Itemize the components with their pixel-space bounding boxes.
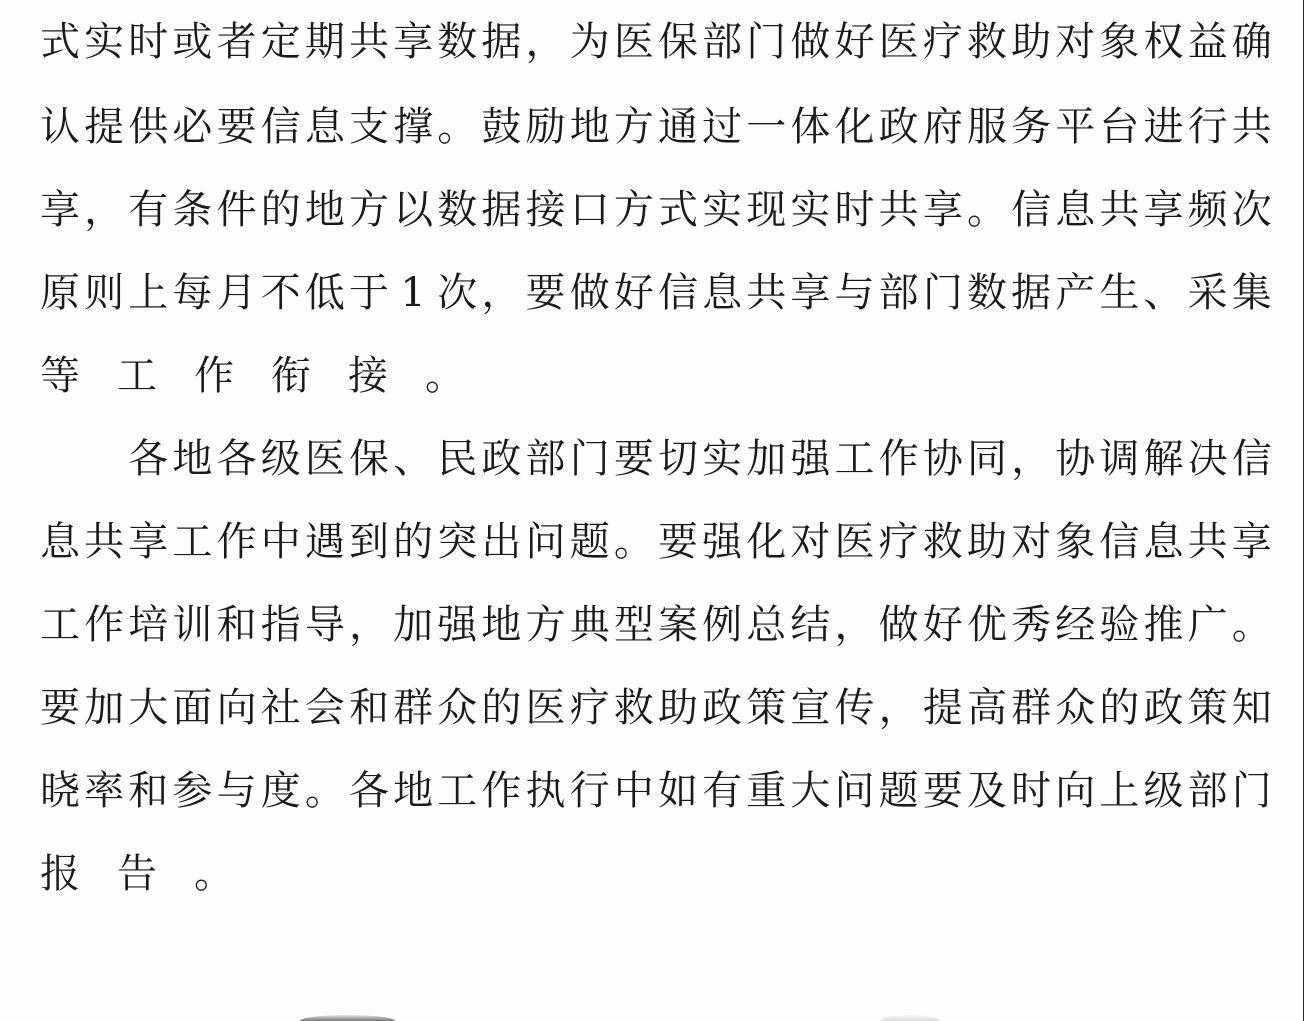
text-line: 式实时或者定期共享数据，为医保部门做好医疗救助对象权益确 <box>40 0 1272 83</box>
text-char: 作 <box>217 522 257 562</box>
text-char: 医 <box>835 522 875 562</box>
text-char: 知 <box>1232 688 1272 728</box>
text-char: 突 <box>437 522 477 562</box>
text-char: 息 <box>305 107 345 147</box>
text-char: 强 <box>437 605 477 645</box>
text-char: 做 <box>790 22 830 62</box>
text-line: 晓率和参与度。各地工作执行中如有重大问题要及时向上级部门 <box>40 749 1272 832</box>
text-char: 一 <box>746 107 786 147</box>
text-char: 行 <box>1188 107 1228 147</box>
text-char: 享 <box>790 273 830 313</box>
text-char: 验 <box>1099 605 1139 645</box>
text-char: 享 <box>128 522 168 562</box>
text-char: 晓 <box>40 771 80 811</box>
text-char: 作 <box>194 356 234 396</box>
text-char: 体 <box>790 107 830 147</box>
text-char: 同 <box>967 439 1007 479</box>
text-char: 对 <box>790 522 830 562</box>
text-char: 益 <box>1188 22 1228 62</box>
text-char: 中 <box>614 771 654 811</box>
text-char: 的 <box>481 688 521 728</box>
text-char: 重 <box>746 771 786 811</box>
text-char: 广 <box>1188 605 1228 645</box>
text-char: 面 <box>172 688 212 728</box>
seal-stamp-fragment <box>300 1015 395 1021</box>
text-char: 采 <box>1188 273 1228 313</box>
text-char: 和 <box>128 771 168 811</box>
text-char: 集 <box>1232 273 1272 313</box>
text-char: 享 <box>1144 190 1184 230</box>
text-char: 、 <box>393 439 433 479</box>
text-char: 保 <box>658 22 698 62</box>
text-char: 协 <box>1055 439 1095 479</box>
text-char: 出 <box>481 522 521 562</box>
text-char: 题 <box>570 522 610 562</box>
text-char: 共 <box>879 190 919 230</box>
text-char: 次 <box>437 273 477 313</box>
text-char: 工 <box>172 522 212 562</box>
text-char: 信 <box>1232 439 1272 479</box>
text-char: 要 <box>658 522 698 562</box>
text-char: 总 <box>746 605 786 645</box>
text-char: 享 <box>40 190 80 230</box>
text-char: ， <box>1011 439 1051 479</box>
text-line: 认提供必要信息支撑。鼓励地方通过一体化政府服务平台进行共 <box>40 85 1272 168</box>
text-char: 享 <box>1232 522 1272 562</box>
text-char: 。 <box>967 190 1007 230</box>
text-char: 要 <box>526 273 566 313</box>
text-char: 做 <box>570 273 610 313</box>
text-char: 部 <box>1188 771 1228 811</box>
text-char: 宣 <box>790 688 830 728</box>
text-char: 及 <box>967 771 1007 811</box>
text-char: 实 <box>702 439 742 479</box>
text-char: 信 <box>1011 190 1051 230</box>
text-char: 息 <box>702 273 742 313</box>
text-char: 方 <box>614 190 654 230</box>
text-char: 工 <box>835 439 875 479</box>
text-char: 众 <box>1055 688 1095 728</box>
text-char: 指 <box>261 605 301 645</box>
text-char: 传 <box>835 688 875 728</box>
text-char: ， <box>879 688 919 728</box>
text-char: 部 <box>526 439 566 479</box>
text-line: 原则上每月不低于1次，要做好信息共享与部门数据产生、采集 <box>40 251 1272 334</box>
text-char: 群 <box>1011 688 1051 728</box>
text-char: 上 <box>128 273 168 313</box>
text-char: 秀 <box>1011 605 1051 645</box>
text-char: 象 <box>1099 22 1139 62</box>
text-char: ， <box>481 273 521 313</box>
text-char: 参 <box>172 771 212 811</box>
text-char: 和 <box>349 688 389 728</box>
text-char: 地 <box>570 107 610 147</box>
text-char: 疗 <box>879 522 919 562</box>
text-char: 1 <box>393 273 433 313</box>
text-char: 方 <box>349 190 389 230</box>
text-char: 式 <box>40 22 80 62</box>
document-page: 式实时或者定期共享数据，为医保部门做好医疗救助对象权益确 认提供必要信息支撑。鼓… <box>0 0 1305 1021</box>
text-char: 门 <box>1232 771 1272 811</box>
text-char: 题 <box>879 771 919 811</box>
text-char: 导 <box>305 605 345 645</box>
text-char: 信 <box>261 107 301 147</box>
text-char: 如 <box>658 771 698 811</box>
text-char: 共 <box>746 273 786 313</box>
text-char: 数 <box>437 22 477 62</box>
text-char: 共 <box>349 22 389 62</box>
text-char: 提 <box>84 107 124 147</box>
text-char: 会 <box>305 688 345 728</box>
text-char: 原 <box>40 273 80 313</box>
text-char: 门 <box>570 439 610 479</box>
text-char: 息 <box>1144 522 1184 562</box>
text-char: 共 <box>84 522 124 562</box>
text-char: 解 <box>1144 439 1184 479</box>
text-char: 支 <box>349 107 389 147</box>
text-char: 协 <box>923 439 963 479</box>
text-char: 地 <box>481 605 521 645</box>
text-char: 度 <box>261 771 301 811</box>
text-char: 调 <box>1099 439 1139 479</box>
text-char: 部 <box>702 22 742 62</box>
text-char: 救 <box>923 522 963 562</box>
text-char: 时 <box>128 22 168 62</box>
text-char: 权 <box>1144 22 1184 62</box>
text-char: 产 <box>1055 273 1095 313</box>
text-char: 信 <box>658 273 698 313</box>
text-char: 告 <box>117 854 157 894</box>
text-char: 行 <box>570 771 610 811</box>
text-line: 报告。 <box>40 832 1272 915</box>
text-char: 各 <box>349 771 389 811</box>
text-char: 政 <box>879 107 919 147</box>
text-char: 实 <box>790 190 830 230</box>
text-char: 大 <box>128 688 168 728</box>
text-char: 医 <box>614 22 654 62</box>
text-char: 方 <box>614 107 654 147</box>
text-char: 化 <box>835 107 875 147</box>
text-char: 上 <box>1099 771 1139 811</box>
text-char: 各 <box>217 439 257 479</box>
text-char: 者 <box>217 22 257 62</box>
text-char: 时 <box>835 190 875 230</box>
text-char: 推 <box>1144 605 1184 645</box>
text-char: 策 <box>1188 688 1228 728</box>
text-char: 加 <box>393 605 433 645</box>
text-char: 中 <box>261 522 301 562</box>
text-char: 以 <box>393 190 433 230</box>
text-char: 地 <box>305 190 345 230</box>
text-char: 通 <box>658 107 698 147</box>
text-char: 实 <box>84 22 124 62</box>
text-char <box>84 439 124 479</box>
text-char: 不 <box>261 273 301 313</box>
text-char: 月 <box>217 273 257 313</box>
text-char: 据 <box>481 190 521 230</box>
text-char: 时 <box>1011 771 1051 811</box>
text-char: 助 <box>658 688 698 728</box>
text-char: 加 <box>84 688 124 728</box>
text-char: 民 <box>437 439 477 479</box>
text-char: 疗 <box>923 22 963 62</box>
text-char: 条 <box>172 190 212 230</box>
text-char: 衔 <box>271 356 311 396</box>
seal-stamp-fragment <box>880 1015 940 1021</box>
text-char: 件 <box>217 190 257 230</box>
text-char: 型 <box>614 605 654 645</box>
text-char: 加 <box>746 439 786 479</box>
text-line: 等工作衔接。 <box>40 334 1272 417</box>
text-char: ， <box>84 190 124 230</box>
text-char: 决 <box>1188 439 1228 479</box>
text-char: 息 <box>1055 190 1095 230</box>
text-char: 或 <box>172 22 212 62</box>
text-char: 必 <box>172 107 212 147</box>
text-char: 要 <box>40 688 80 728</box>
text-char: 众 <box>437 688 477 728</box>
text-char: 享 <box>923 190 963 230</box>
text-line: 工作培训和指导，加强地方典型案例总结，做好优秀经验推广。 <box>40 583 1272 666</box>
text-char: 好 <box>923 605 963 645</box>
text-char: 。 <box>425 356 465 396</box>
text-char: 作 <box>84 605 124 645</box>
text-char: 社 <box>261 688 301 728</box>
text-char: 各 <box>128 439 168 479</box>
text-char: 训 <box>172 605 212 645</box>
text-char: 遇 <box>305 522 345 562</box>
text-char: 案 <box>658 605 698 645</box>
text-char: 鼓 <box>481 107 521 147</box>
text-char: 频 <box>1188 190 1228 230</box>
text-char: 对 <box>1011 522 1051 562</box>
text-char: 共 <box>1232 107 1272 147</box>
text-char: 与 <box>217 771 257 811</box>
text-char: 供 <box>128 107 168 147</box>
text-char: 救 <box>614 688 654 728</box>
text-char: 向 <box>217 688 257 728</box>
text-char: 级 <box>261 439 301 479</box>
text-char: 经 <box>1055 605 1095 645</box>
text-char: 有 <box>128 190 168 230</box>
text-char: 政 <box>702 688 742 728</box>
text-char: 生 <box>1099 273 1139 313</box>
text-char: ， <box>526 22 566 62</box>
text-char: 例 <box>702 605 742 645</box>
text-char: 疗 <box>570 688 610 728</box>
text-char: 接 <box>526 190 566 230</box>
text-char: 象 <box>1055 522 1095 562</box>
text-char: 接 <box>348 356 388 396</box>
text-char: ， <box>349 605 389 645</box>
text-char: 的 <box>261 190 301 230</box>
text-char: 确 <box>1232 22 1272 62</box>
text-char: 问 <box>835 771 875 811</box>
text-char: 工 <box>40 605 80 645</box>
text-char: 政 <box>1144 688 1184 728</box>
text-char: 工 <box>437 771 477 811</box>
text-char: 共 <box>1099 190 1139 230</box>
text-char: ， <box>835 605 875 645</box>
text-char: 据 <box>481 22 521 62</box>
text-char: 化 <box>746 522 786 562</box>
text-char: 的 <box>1099 688 1139 728</box>
text-char: 与 <box>835 273 875 313</box>
text-char: 认 <box>40 107 80 147</box>
text-char: 好 <box>614 273 654 313</box>
text-char: 问 <box>526 522 566 562</box>
text-char: 。 <box>305 771 345 811</box>
text-line: 享，有条件的地方以数据接口方式实现实时共享。信息共享频次 <box>40 168 1272 251</box>
text-char: 则 <box>84 273 124 313</box>
text-char: 撑 <box>393 107 433 147</box>
text-char: 救 <box>967 22 1007 62</box>
text-char: 式 <box>658 190 698 230</box>
text-char: 低 <box>305 273 345 313</box>
text-char: 结 <box>790 605 830 645</box>
text-char: 群 <box>393 688 433 728</box>
text-char: 高 <box>967 688 1007 728</box>
text-char: 为 <box>570 22 610 62</box>
text-char: 定 <box>261 22 301 62</box>
text-char: 方 <box>526 605 566 645</box>
text-line: 各地各级医保、民政部门要切实加强工作协同，协调解决信 <box>40 417 1272 500</box>
text-char: 共 <box>1188 522 1228 562</box>
text-char: 地 <box>393 771 433 811</box>
text-char: 对 <box>1055 22 1095 62</box>
text-char: 优 <box>967 605 1007 645</box>
text-char: 强 <box>702 522 742 562</box>
text-char: 保 <box>349 439 389 479</box>
text-char: 台 <box>1099 107 1139 147</box>
text-char: 进 <box>1144 107 1184 147</box>
text-char: 助 <box>967 522 1007 562</box>
text-char: 每 <box>172 273 212 313</box>
text-char: 有 <box>702 771 742 811</box>
text-char: 的 <box>393 522 433 562</box>
text-char: 息 <box>40 522 80 562</box>
text-char: 作 <box>879 439 919 479</box>
text-char: 据 <box>1011 273 1051 313</box>
text-char: 典 <box>570 605 610 645</box>
text-char: 口 <box>570 190 610 230</box>
text-char <box>40 439 80 479</box>
text-char: 门 <box>746 22 786 62</box>
text-char: 执 <box>526 771 566 811</box>
text-char: 实 <box>702 190 742 230</box>
text-char: 策 <box>746 688 786 728</box>
text-char: 部 <box>879 273 919 313</box>
text-char: 医 <box>526 688 566 728</box>
text-char: 好 <box>835 22 875 62</box>
text-char: 。 <box>194 854 234 894</box>
text-char: 次 <box>1232 190 1272 230</box>
text-char: 作 <box>481 771 521 811</box>
page-edge-rule <box>1303 0 1304 1021</box>
text-line: 息共享工作中遇到的突出问题。要强化对医疗救助对象信息共享 <box>40 500 1272 583</box>
text-char: 报 <box>40 854 80 894</box>
text-char: 。 <box>1232 605 1272 645</box>
text-char: 和 <box>217 605 257 645</box>
text-char: 强 <box>790 439 830 479</box>
text-char: 地 <box>172 439 212 479</box>
text-char: 要 <box>923 771 963 811</box>
text-char: 。 <box>437 107 477 147</box>
text-char: 门 <box>923 273 963 313</box>
text-char: 到 <box>349 522 389 562</box>
text-char: 率 <box>84 771 124 811</box>
text-char: 政 <box>481 439 521 479</box>
text-char: 等 <box>40 356 80 396</box>
text-char: 服 <box>967 107 1007 147</box>
text-char: 医 <box>879 22 919 62</box>
text-char: 大 <box>790 771 830 811</box>
text-char: 要 <box>217 107 257 147</box>
text-char: 做 <box>879 605 919 645</box>
text-char: 数 <box>437 190 477 230</box>
text-char: 数 <box>967 273 1007 313</box>
text-char: 培 <box>128 605 168 645</box>
text-char: 要 <box>614 439 654 479</box>
text-char: 现 <box>746 190 786 230</box>
text-char: 享 <box>393 22 433 62</box>
text-char: 信 <box>1099 522 1139 562</box>
text-char: 过 <box>702 107 742 147</box>
text-char: 级 <box>1144 771 1184 811</box>
text-char: 、 <box>1144 273 1184 313</box>
text-char: 务 <box>1011 107 1051 147</box>
text-char: 医 <box>305 439 345 479</box>
text-char: 府 <box>923 107 963 147</box>
text-char: 期 <box>305 22 345 62</box>
text-line: 要加大面向社会和群众的医疗救助政策宣传，提高群众的政策知 <box>40 666 1272 749</box>
text-char: 平 <box>1055 107 1095 147</box>
text-char: 励 <box>526 107 566 147</box>
text-char: 向 <box>1055 771 1095 811</box>
text-char: 。 <box>614 522 654 562</box>
text-char: 助 <box>1011 22 1051 62</box>
text-char: 提 <box>923 688 963 728</box>
text-char: 于 <box>349 273 389 313</box>
text-char: 工 <box>117 356 157 396</box>
text-char: 切 <box>658 439 698 479</box>
